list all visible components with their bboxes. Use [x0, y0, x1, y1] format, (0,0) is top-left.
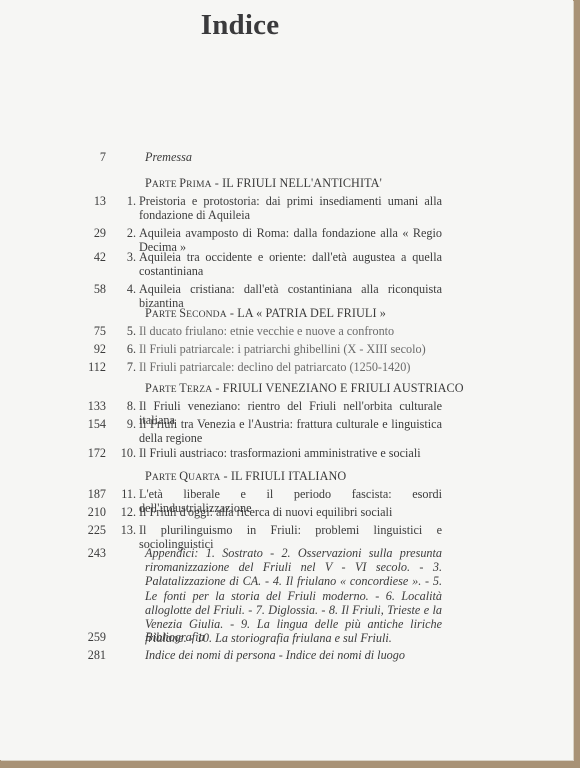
chapter-number: 4.: [112, 282, 136, 296]
page-number: 7: [70, 150, 106, 164]
entry-title: Bibliografia: [145, 630, 442, 644]
entry-title: Il Friuli d'oggi: alla ricerca di nuovi …: [139, 505, 442, 519]
page-number: 75: [70, 324, 106, 338]
chapter-number: 1.: [112, 194, 136, 208]
page-number: 210: [70, 505, 106, 519]
chapter-number: 6.: [112, 342, 136, 356]
page-title: Indice: [0, 9, 480, 42]
entry-title: Indice dei nomi di persona - Indice dei …: [145, 648, 442, 662]
entry-title: Aquileia tra occidente e oriente: dall'e…: [139, 250, 442, 278]
part-heading-4: PARTE QUARTA - IL FRIULI ITALIANO: [145, 469, 465, 484]
part-heading-1: PARTE PRIMA - IL FRIULI NELL'ANTICHITA': [145, 176, 465, 191]
page-number: 42: [70, 250, 106, 264]
page-number: 58: [70, 282, 106, 296]
page-number: 29: [70, 226, 106, 240]
page-number: 154: [70, 417, 106, 431]
chapter-number: 13.: [112, 523, 136, 537]
part-heading-3: PARTE TERZA - FRIULI VENEZIANO E FRIULI …: [145, 381, 465, 396]
part-title: IL FRIULI ITALIANO: [231, 469, 346, 483]
page-number: 281: [70, 648, 106, 662]
entry-title: Premessa: [145, 150, 442, 164]
entry-title: Il Friuli patriarcale: i patriarchi ghib…: [139, 342, 442, 356]
page-number: 243: [70, 546, 106, 560]
appendici-label: Appendici: [145, 546, 194, 560]
chapter-number: 7.: [112, 360, 136, 374]
part-title: IL FRIULI NELL'ANTICHITA': [222, 176, 382, 190]
chapter-number: 10.: [112, 446, 136, 460]
page-number: 92: [70, 342, 106, 356]
page-number: 133: [70, 399, 106, 413]
page-number: 112: [70, 360, 106, 374]
chapter-number: 12.: [112, 505, 136, 519]
chapter-number: 8.: [112, 399, 136, 413]
chapter-number: 5.: [112, 324, 136, 338]
part-heading-2: PARTE SECONDA - LA « PATRIA DEL FRIULI »: [145, 306, 465, 321]
page-number: 187: [70, 487, 106, 501]
entry-title: Preistoria e protostoria: dai primi inse…: [139, 194, 442, 222]
page-number: 172: [70, 446, 106, 460]
chapter-number: 3.: [112, 250, 136, 264]
entry-title: Il Friuli tra Venezia e l'Austria: fratt…: [139, 417, 442, 445]
chapter-number: 11.: [112, 487, 136, 501]
entry-title: Il Friuli austriaco: trasformazioni ammi…: [139, 446, 442, 460]
page-number: 259: [70, 630, 106, 644]
part-title: FRIULI VENEZIANO E FRIULI AUSTRIACO: [223, 381, 464, 395]
entry-title: Il ducato friulano: etnie vecchie e nuov…: [139, 324, 442, 338]
chapter-number: 2.: [112, 226, 136, 240]
entry-title: Il Friuli patriarcale: declino del patri…: [139, 360, 442, 374]
chapter-number: 9.: [112, 417, 136, 431]
part-title: LA « PATRIA DEL FRIULI »: [237, 306, 386, 320]
page-number: 225: [70, 523, 106, 537]
book-page: Indice 7 Premessa PARTE PRIMA - IL FRIUL…: [0, 0, 573, 760]
page-number: 13: [70, 194, 106, 208]
